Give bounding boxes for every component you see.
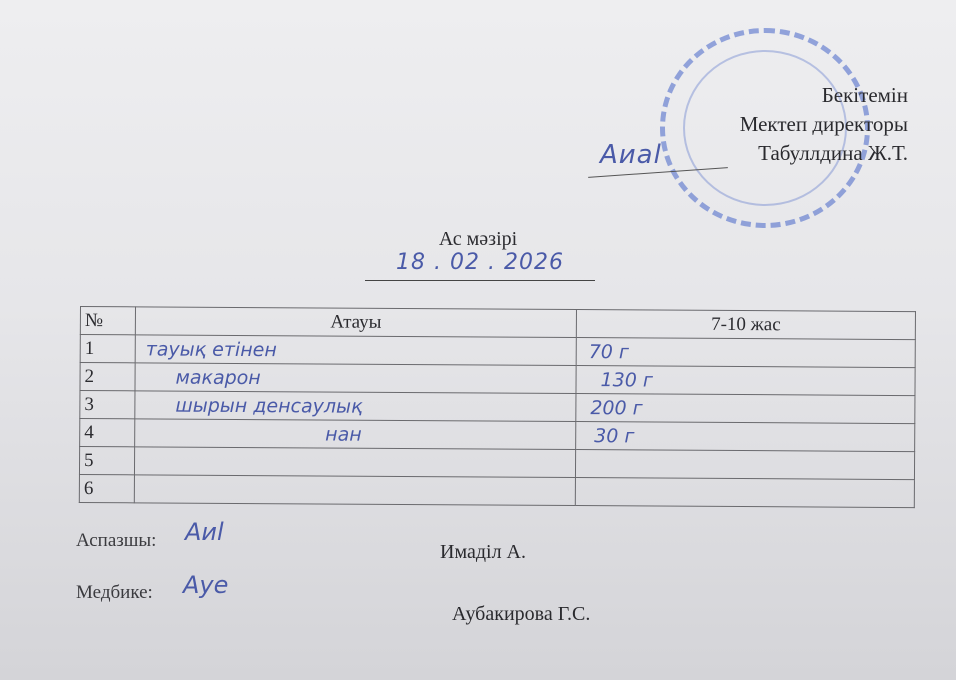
page-title: Ас мәзірі	[0, 228, 956, 251]
dish-portion: 30 г	[576, 422, 915, 452]
dish-portion: 70 г	[576, 338, 915, 368]
header-name: Атауы	[135, 307, 576, 338]
date-underline	[365, 280, 595, 281]
row-number: 4	[80, 419, 135, 447]
dish-portion	[575, 478, 914, 508]
menu-table: № Атауы 7-10 жас 1тауық етінен70 г2макар…	[79, 306, 916, 508]
table-row: 6	[79, 474, 914, 507]
cook-signature: Аиl	[185, 518, 224, 546]
approval-heading: Бекітемін	[822, 82, 908, 108]
row-number: 1	[80, 335, 135, 363]
nurse-name: Аубакирова Г.С.	[452, 603, 590, 626]
dish-name: шырын денсаулық	[135, 391, 576, 422]
nurse-signature: Ауе	[183, 571, 228, 599]
approval-position: Мектеп директоры	[740, 111, 908, 137]
row-number: 3	[80, 391, 135, 419]
dish-name	[134, 447, 575, 478]
header-age-group: 7-10 жас	[576, 310, 915, 340]
dish-portion: 130 г	[576, 366, 915, 396]
dish-name: тауық етінен	[135, 335, 576, 366]
approval-director-name: Табуллдина Ж.Т.	[758, 140, 908, 166]
dish-portion	[575, 450, 914, 480]
dish-name	[134, 475, 575, 506]
dish-portion: 200 г	[576, 394, 915, 424]
cook-label: Аспазшы:	[76, 530, 156, 552]
row-number: 5	[79, 447, 134, 475]
cook-name: Имаділ А.	[440, 541, 526, 564]
director-signature: Аиаl	[600, 140, 662, 170]
dish-name: нан	[135, 419, 576, 450]
row-number: 2	[80, 363, 135, 391]
header-number: №	[80, 307, 135, 335]
nurse-label: Медбике:	[76, 582, 153, 604]
menu-date: 18 . 02 . 2026	[365, 250, 595, 275]
row-number: 6	[79, 474, 134, 502]
dish-name: макарон	[135, 363, 576, 394]
